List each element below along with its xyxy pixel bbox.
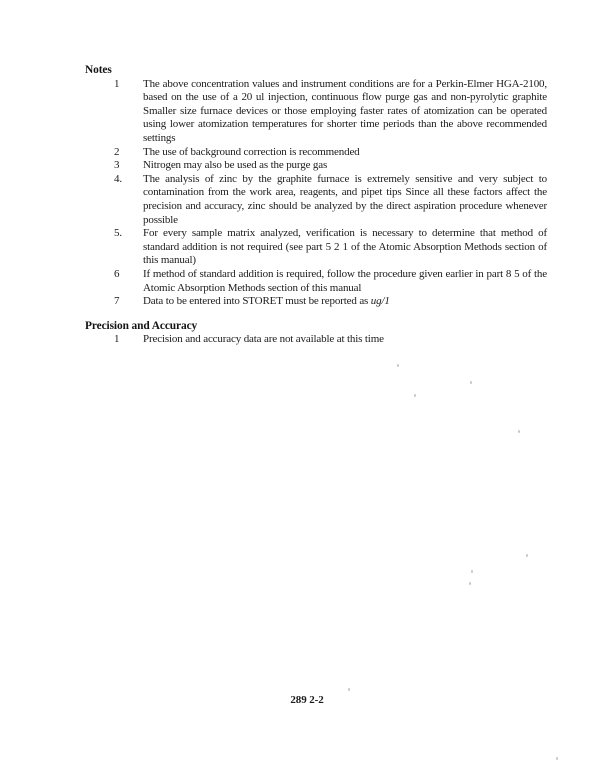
note-text: Nitrogen may also be used as the purge g… xyxy=(143,159,547,173)
note-number: 5. xyxy=(85,227,143,241)
scan-speck xyxy=(414,394,416,397)
page-number: 289 2-2 xyxy=(0,694,614,706)
note-item-7: 7 Data to be entered into STORET must be… xyxy=(85,295,547,309)
note-text: Precision and accuracy data are not avai… xyxy=(143,333,547,347)
note-text-plain: Data to be entered into STORET must be r… xyxy=(143,295,371,307)
page: Notes 1 The above concentration values a… xyxy=(0,0,614,770)
scan-speck xyxy=(469,582,471,585)
note-text: The above concentration values and instr… xyxy=(143,78,547,146)
note-number: 6 xyxy=(85,268,143,282)
note-text: If method of standard addition is requir… xyxy=(143,268,547,295)
scan-speck xyxy=(348,688,350,691)
scan-speck xyxy=(518,430,520,433)
note-item-4: 4. The analysis of zinc by the graphite … xyxy=(85,173,547,227)
notes-section: Notes 1 The above concentration values a… xyxy=(85,64,547,309)
note-number: 2 xyxy=(85,146,143,160)
note-text: The use of background correction is reco… xyxy=(143,146,547,160)
note-item-1: 1 The above concentration values and ins… xyxy=(85,78,547,146)
note-number: 1 xyxy=(85,78,143,92)
precision-heading: Precision and Accuracy xyxy=(85,320,547,334)
note-item-3: 3 Nitrogen may also be used as the purge… xyxy=(85,159,547,173)
scan-speck xyxy=(470,381,472,384)
notes-heading: Notes xyxy=(85,64,547,78)
note-text: The analysis of zinc by the graphite fur… xyxy=(143,173,547,227)
note-text-italic-unit: ug/1 xyxy=(371,295,390,307)
document-content: Notes 1 The above concentration values a… xyxy=(85,64,547,347)
note-number: 7 xyxy=(85,295,143,309)
note-number: 3 xyxy=(85,159,143,173)
note-number: 1 xyxy=(85,333,143,347)
note-item-6: 6 If method of standard addition is requ… xyxy=(85,268,547,295)
precision-item-1: 1 Precision and accuracy data are not av… xyxy=(85,333,547,347)
scan-speck xyxy=(397,364,399,367)
note-number: 4. xyxy=(85,173,143,187)
scan-speck xyxy=(526,554,528,557)
scan-speck xyxy=(471,570,473,573)
precision-section: Precision and Accuracy 1 Precision and a… xyxy=(85,320,547,347)
note-item-2: 2 The use of background correction is re… xyxy=(85,146,547,160)
note-text: Data to be entered into STORET must be r… xyxy=(143,295,547,309)
note-text: For every sample matrix analyzed, verifi… xyxy=(143,227,547,268)
scan-speck xyxy=(556,757,558,760)
note-item-5: 5. For every sample matrix analyzed, ver… xyxy=(85,227,547,268)
